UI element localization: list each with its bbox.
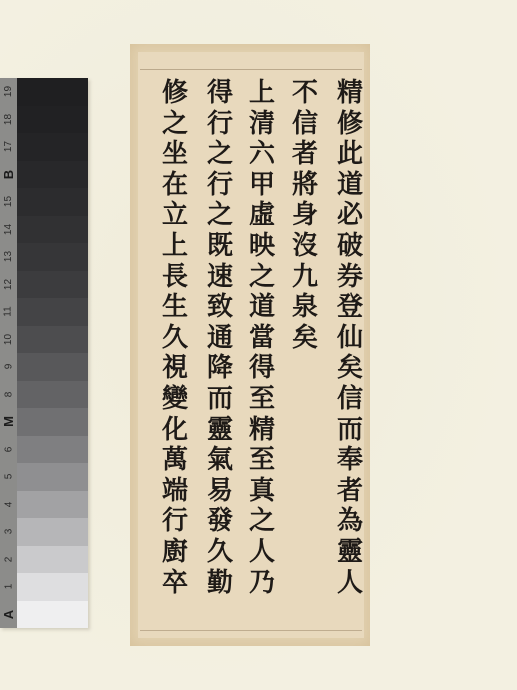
calligraphy-character: 至	[249, 384, 275, 415]
calligraphy-character: 修	[337, 109, 363, 140]
calligraphy-character: 靈	[337, 537, 363, 568]
text-column-3: 上清六甲虛映之道當得至精至真之人乃	[244, 78, 280, 598]
scale-label-text: 1	[3, 584, 14, 590]
calligraphy-character: 發	[207, 506, 233, 537]
scale-label-text: 11	[3, 307, 14, 317]
scale-label-text: 14	[3, 224, 14, 235]
calligraphy-character: 道	[337, 170, 363, 201]
calligraphy-character: 得	[249, 353, 275, 384]
calligraphy-character: 矣	[292, 323, 318, 354]
calligraphy-character: 易	[207, 476, 233, 507]
scale-label-text: 9	[3, 364, 14, 370]
calligraphy-character: 得	[207, 78, 233, 109]
scale-label: 4	[0, 491, 17, 519]
calligraphy-character: 之	[207, 200, 233, 231]
calligraphy-character: 九	[292, 262, 318, 293]
calligraphy-character: 虛	[249, 200, 275, 231]
calligraphy-character: 卒	[162, 568, 188, 599]
calligraphy-character: 道	[249, 292, 275, 323]
scale-label: 12	[0, 271, 17, 299]
scale-label: 18	[0, 106, 17, 134]
scale-label: A	[0, 601, 17, 629]
scale-label: 14	[0, 216, 17, 244]
calligraphy-character: 為	[337, 506, 363, 537]
scale-label-text: M	[1, 416, 16, 427]
calligraphy-character: 泉	[292, 292, 318, 323]
scale-label: 11	[0, 298, 17, 326]
frame-line-top	[140, 69, 362, 70]
scale-label-text: 12	[3, 279, 14, 290]
calligraphy-character: 坐	[162, 139, 188, 170]
calligraphy-character: 立	[162, 200, 188, 231]
calligraphy-character: 信	[337, 384, 363, 415]
calligraphy-character: 速	[207, 262, 233, 293]
gray-patch	[17, 298, 88, 326]
calligraphy-character: 人	[337, 568, 363, 599]
scale-label-text: 4	[3, 501, 14, 507]
calligraphy-character: 破	[337, 231, 363, 262]
calligraphy-character: 人	[249, 537, 275, 568]
gray-patch	[17, 161, 88, 189]
calligraphy-character: 在	[162, 170, 188, 201]
text-column-2: 不信者將身沒九泉矣	[287, 78, 323, 353]
gray-patch	[17, 106, 88, 134]
calligraphy-character: 視	[162, 353, 188, 384]
calligraphy-character: 靈	[207, 415, 233, 446]
gray-patch	[17, 436, 88, 464]
scale-label-text: 3	[3, 529, 14, 535]
scale-label-text: 10	[3, 334, 14, 345]
gray-patch	[17, 463, 88, 491]
text-column-1: 精修此道必破券登仙矣信而奉者為靈人	[332, 78, 368, 598]
scale-label-text: 5	[3, 474, 14, 480]
grayscale-reference-card: 191817B15141312111098M654321A	[0, 78, 88, 628]
calligraphy-character: 真	[249, 476, 275, 507]
scale-label-text: 6	[3, 446, 14, 452]
calligraphy-character: 上	[162, 231, 188, 262]
scale-label: 9	[0, 353, 17, 381]
text-column-4: 得行之行之既速致通降而靈氣易發久勤	[202, 78, 238, 598]
calligraphy-character: 乃	[249, 568, 275, 599]
gray-patch	[17, 491, 88, 519]
gray-patch	[17, 243, 88, 271]
gray-patch	[17, 601, 88, 629]
gray-patch	[17, 353, 88, 381]
gray-patch	[17, 216, 88, 244]
scale-label-text: 19	[3, 86, 14, 97]
calligraphy-character: 久	[207, 537, 233, 568]
calligraphy-character: 行	[207, 109, 233, 140]
gray-patch	[17, 188, 88, 216]
manuscript-paper: 精修此道必破券登仙矣信而奉者為靈人不信者將身沒九泉矣上清六甲虛映之道當得至精至真…	[130, 44, 370, 646]
calligraphy-character: 生	[162, 292, 188, 323]
calligraphy-character: 沒	[292, 231, 318, 262]
gray-patch	[17, 408, 88, 436]
calligraphy-character: 不	[292, 78, 318, 109]
calligraphy-character: 將	[292, 170, 318, 201]
scale-label: 13	[0, 243, 17, 271]
calligraphy-character: 券	[337, 262, 363, 293]
calligraphy-character: 降	[207, 353, 233, 384]
scale-label: 1	[0, 573, 17, 601]
calligraphy-character: 致	[207, 292, 233, 323]
scale-label: B	[0, 161, 17, 189]
calligraphy-character: 萬	[162, 445, 188, 476]
calligraphy-character: 仙	[337, 323, 363, 354]
gray-patch	[17, 381, 88, 409]
scale-label: 19	[0, 78, 17, 106]
calligraphy-character: 長	[162, 262, 188, 293]
calligraphy-character: 氣	[207, 445, 233, 476]
calligraphy-character: 變	[162, 384, 188, 415]
calligraphy-character: 勤	[207, 568, 233, 599]
calligraphy-character: 之	[162, 109, 188, 140]
text-column-5: 修之坐在立上長生久視變化萬端行廚卒	[157, 78, 193, 598]
calligraphy-character: 者	[337, 476, 363, 507]
calligraphy-character: 之	[249, 506, 275, 537]
calligraphy-character: 身	[292, 200, 318, 231]
scale-label-text: A	[1, 610, 16, 619]
calligraphy-character: 精	[249, 415, 275, 446]
calligraphy-character: 廚	[162, 537, 188, 568]
scale-label-text: 17	[3, 141, 14, 152]
calligraphy-character: 信	[292, 109, 318, 140]
calligraphy-character: 者	[292, 139, 318, 170]
calligraphy-character: 行	[162, 506, 188, 537]
calligraphy-character: 行	[207, 170, 233, 201]
calligraphy-character: 修	[162, 78, 188, 109]
calligraphy-character: 登	[337, 292, 363, 323]
gray-patch	[17, 518, 88, 546]
scale-label-text: 15	[3, 196, 14, 207]
scale-label: 17	[0, 133, 17, 161]
calligraphy-character: 矣	[337, 353, 363, 384]
calligraphy-character: 奉	[337, 445, 363, 476]
scale-label: 8	[0, 381, 17, 409]
calligraphy-character: 映	[249, 231, 275, 262]
scale-label: M	[0, 408, 17, 436]
scale-label-text: 18	[3, 114, 14, 125]
calligraphy-character: 清	[249, 109, 275, 140]
calligraphy-character: 通	[207, 323, 233, 354]
calligraphy-character: 端	[162, 476, 188, 507]
gray-patch	[17, 271, 88, 299]
scale-label-strip: 191817B15141312111098M654321A	[0, 78, 17, 628]
calligraphy-character: 化	[162, 415, 188, 446]
calligraphy-character: 此	[337, 139, 363, 170]
frame-line-bottom	[140, 630, 362, 631]
calligraphy-character: 六	[249, 139, 275, 170]
calligraphy-character: 上	[249, 78, 275, 109]
scale-label: 6	[0, 436, 17, 464]
gray-patch	[17, 546, 88, 574]
calligraphy-character: 甲	[249, 170, 275, 201]
scale-label: 5	[0, 463, 17, 491]
calligraphy-character: 之	[249, 262, 275, 293]
scale-label: 15	[0, 188, 17, 216]
calligraphy-character: 精	[337, 78, 363, 109]
calligraphy-character: 之	[207, 139, 233, 170]
gray-patch	[17, 573, 88, 601]
calligraphy-character: 久	[162, 323, 188, 354]
calligraphy-character: 當	[249, 323, 275, 354]
gray-patch	[17, 133, 88, 161]
scale-label-text: 8	[3, 391, 14, 397]
scale-label-text: 13	[3, 251, 14, 262]
scale-patches	[17, 78, 88, 628]
calligraphy-character: 而	[337, 415, 363, 446]
scale-label-text: B	[1, 170, 16, 179]
scale-label-text: 2	[3, 556, 14, 562]
calligraphy-character: 既	[207, 231, 233, 262]
calligraphy-character: 至	[249, 445, 275, 476]
calligraphy-character: 必	[337, 200, 363, 231]
gray-patch	[17, 326, 88, 354]
scale-label: 3	[0, 518, 17, 546]
scale-label: 2	[0, 546, 17, 574]
calligraphy-character: 而	[207, 384, 233, 415]
scale-label: 10	[0, 326, 17, 354]
gray-patch	[17, 78, 88, 106]
